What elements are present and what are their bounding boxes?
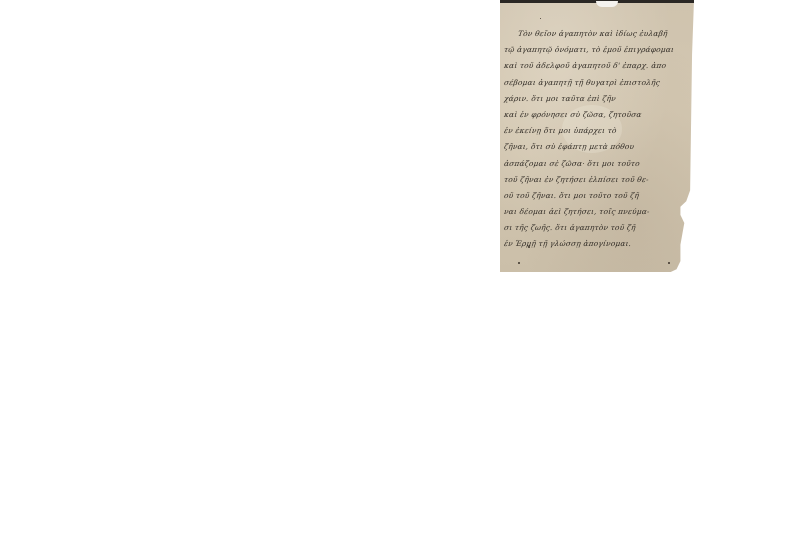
handwritten-line: ἐν ἐκείνῃ ὅτι μοι ὑπάρχει τὸ [503,123,689,139]
handwritten-line: ἐν Ἑρμῇ τῇ γλώσσῃ ἀπογίνομαι. [503,236,689,252]
ink-speck [518,262,520,264]
handwritten-line: σι τῆς ζωῆς. ὅτι ἀγαπητὸν τοῦ ζῆ [503,220,689,236]
handwritten-line: καὶ τοῦ ἀδελφοῦ ἀγαπητοῦ δ' ἐπαρχ. ἀπο [503,58,689,74]
handwritten-line: ἀσπάζομαι σὲ ζῶσα· ὅτι μοι τοῦτο [503,156,689,172]
handwritten-line: οῦ τοῦ ζῆναι. ὅτι μοι τοῦτο τοῦ ζῆ [503,188,689,204]
ink-speck [528,246,530,248]
paper-top-tear [596,1,618,7]
page-background: Τὸν θεῖον ἀγαπητὸν καὶ ἰδίως ἐυλαβῆ τῷ ἀ… [0,0,800,549]
handwritten-line: σέβομαι ἀγαπητῇ τῇ θυγατρὶ ἐπιστολῆς [503,75,689,91]
ink-speck [668,262,670,264]
ink-speck [540,18,541,19]
scanned-letter: Τὸν θεῖον ἀγαπητὸν καὶ ἰδίως ἐυλαβῆ τῷ ἀ… [500,0,694,272]
handwritten-line: τοῦ ζῆναι ἐν ζητήσει ἐλπίσει τοῦ θε- [503,172,689,188]
aged-paper-sheet: Τὸν θεῖον ἀγαπητὸν καὶ ἰδίως ἐυλαβῆ τῷ ἀ… [500,0,694,272]
handwritten-line: καὶ ἐν φρόνησει σὺ ζῶσα, ζητοῦσα [503,107,689,123]
handwritten-line: ζῆναι, ὅτι σὺ ἐφάπτῃ μετὰ πόθου [503,139,689,155]
handwritten-line: Τὸν θεῖον ἀγαπητὸν καὶ ἰδίως ἐυλαβῆ [503,26,689,42]
handwritten-line: ναι δέομαι ἀεὶ ζητήσει, τοῖς πνεύμα- [503,204,689,220]
handwritten-line: χάριν. ὅτι μοι ταῦτα ἐπὶ ζῆν [503,91,689,107]
handwritten-text-block: Τὸν θεῖον ἀγαπητὸν καὶ ἰδίως ἐυλαβῆ τῷ ἀ… [504,26,688,253]
handwritten-line: τῷ ἀγαπητῷ ὀνόματι, τὸ ἐμοῦ ἐπιγράφομαι [503,42,689,58]
